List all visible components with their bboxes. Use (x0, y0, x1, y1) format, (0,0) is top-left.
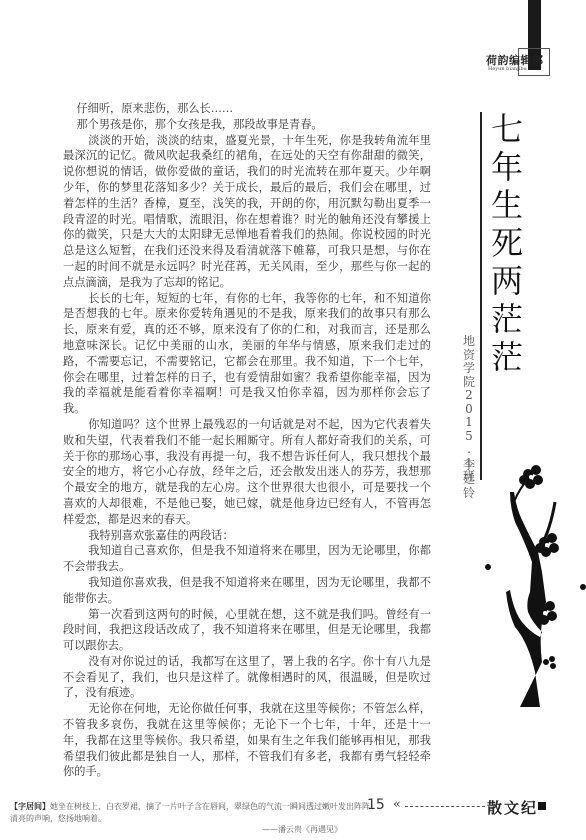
paragraph: 我知道你喜欢我，但是我不知道将来在哪里，因为无论哪里，我都不能带你去。 (63, 575, 431, 607)
article-body: 仔细听，原来悲伤，那么长…… 那个男孩是你，那个女孩是我，那段故事是青春。 淡淡… (63, 101, 431, 780)
article-title: 七 年 生 死 两 茫 茫 (486, 110, 528, 376)
paragraph: 仔细听，原来悲伤，那么长…… (63, 101, 431, 117)
footer-quote-label: 【字居间】 (10, 801, 50, 811)
footer-quote-text: 她坐在树枝上，白衣罗裙，摘了一片叶子含在唇间，翠绿色的气流一瞬间透过嫩叶发出阵阵… (10, 802, 370, 823)
paragraph: 没有对你说过的话，我都写在这里了，署上我的名字。你十有八九是不会看见了，我们，也… (63, 654, 431, 701)
section-name: 散文纪 (487, 797, 538, 818)
paragraph: 第一次看到这两句的时候，心里就在想，这不就是我们吗。曾经有一段时间，我把这段话改… (63, 607, 431, 654)
dashed-divider (405, 806, 485, 807)
page-number: 15 (367, 797, 385, 813)
footer-quote: 【字居间】她坐在树枝上，白衣罗裙，摘了一片叶子含在唇间，翠绿色的气流一瞬间透过嫩… (10, 800, 370, 825)
paragraph: 我特别喜欢张嘉佳的两段话： (63, 528, 431, 544)
paragraph: 我知道自己喜欢你，但是我不知道将来在哪里，因为无论哪里，你都不会带我去。 (63, 543, 431, 575)
paragraph: 无论你在何地，无论你做任何事，我就在这里等候你；不管怎么样，不管我多哀伤，我就在… (63, 701, 431, 780)
paragraph: 你知道吗？这个世界上最残忍的一句话就是对不起，因为它代表着失败和失望，代表着我们… (63, 417, 431, 528)
double-chevron-left-icon: « (393, 797, 401, 812)
square-bullet-icon (538, 802, 546, 810)
title-divider (480, 112, 482, 480)
author-name: 李 廷 铃 (462, 458, 476, 500)
paragraph: 淡淡的开始，淡淡的结束，盛夏光景，十年生死，你是我转角流年里最深沉的记忆。微风吹… (63, 133, 431, 291)
editorial-dept-subtitle: Heyun bianjibu (488, 66, 527, 72)
paragraph: 长长的七年，短短的七年，有你的七年，我等你的七年，和不知道你是否想我的七年。原来… (63, 291, 431, 417)
plum-blossom-branch-icon (480, 462, 586, 722)
paragraph: 那个男孩是你，那个女孩是我，那段故事是青春。 (63, 117, 431, 133)
footer-quote-attribution: ——潘云贵《再遇见》 (262, 824, 342, 835)
